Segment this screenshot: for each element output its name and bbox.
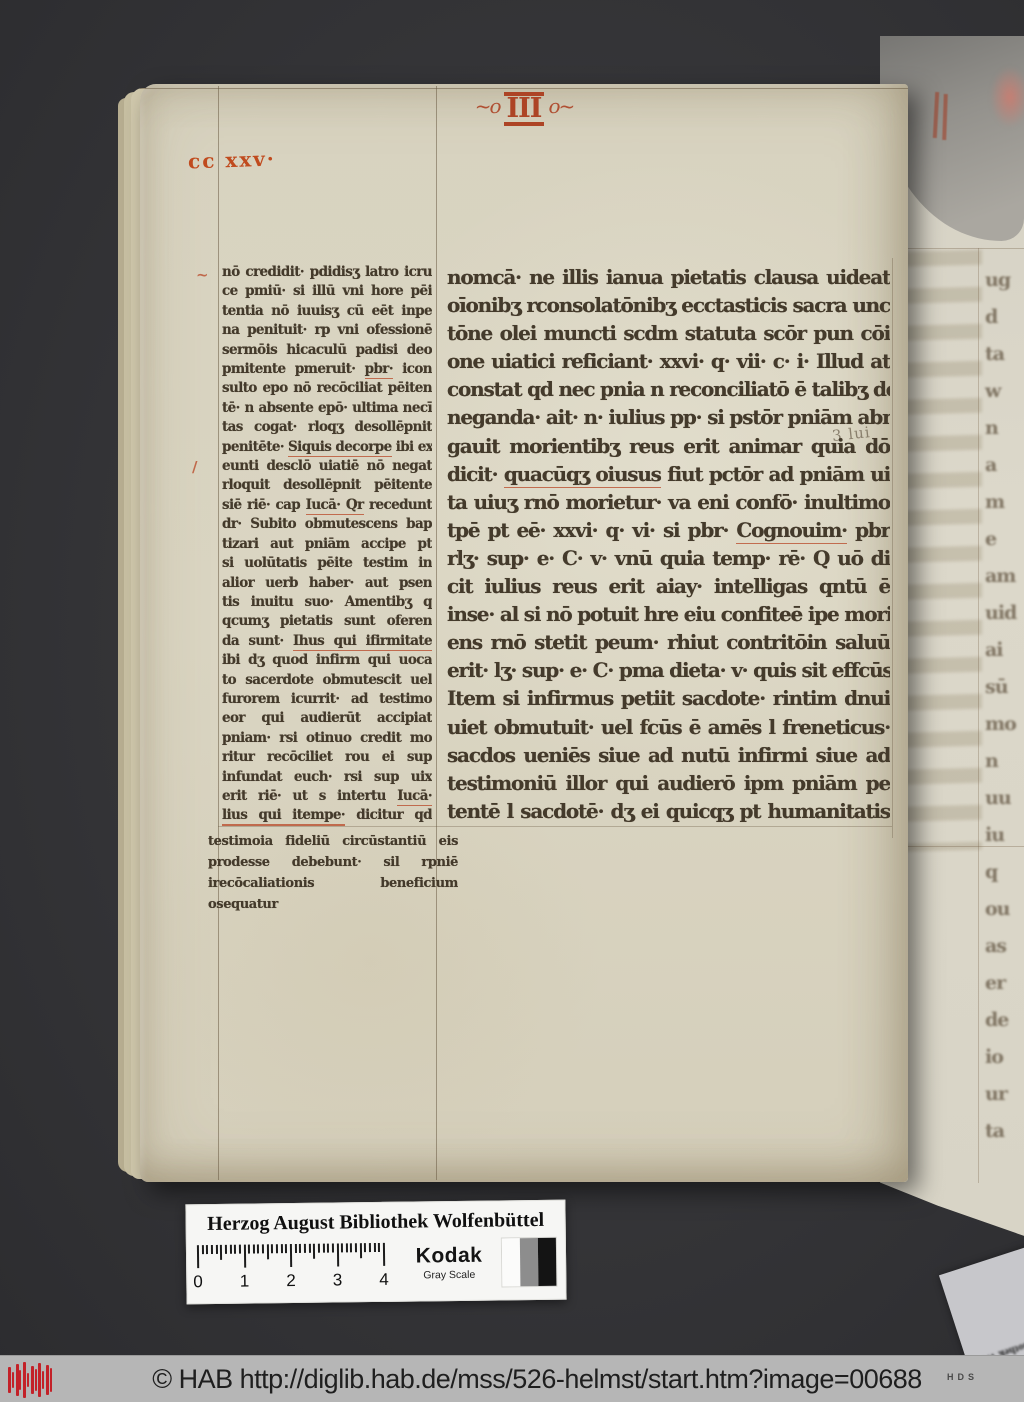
manuscript-line: tentē l sacdotē· dʒ ei quicqʒ pt humanit… xyxy=(447,797,890,825)
manuscript-line: erit riē· ut s intertu Iucā· xyxy=(222,787,432,806)
manuscript-line: tis inuitu suo· Amentibʒ q xyxy=(222,593,432,612)
rubricated-text: pbr· xyxy=(365,361,393,379)
manuscript-line: sacdos ueniēs siue ad nutū infirmi siue … xyxy=(447,741,890,769)
photo-canvas: { "photo": { "background_color": "#34343… xyxy=(0,0,1024,1402)
ruler-tick xyxy=(290,1244,292,1267)
manuscript-line: constat qd nec pnia n reconciliatō ē tal… xyxy=(447,375,890,403)
quire-flourish-right: o~ xyxy=(548,94,573,118)
rubricated-text: quacūqʒ oiusus xyxy=(504,462,661,488)
gray-patch-black xyxy=(538,1238,557,1286)
barcode-bar xyxy=(50,1368,52,1392)
ruled-line-gutter xyxy=(436,86,437,1180)
manuscript-line: ritur recōciliet rou ei sup xyxy=(222,748,432,767)
ruler-tick xyxy=(374,1243,376,1252)
manuscript-line: pniam· rsi otinuo credit mo xyxy=(222,729,432,748)
ruler-tick xyxy=(281,1244,283,1253)
rubricated-text: Cognouim· xyxy=(736,518,847,544)
manuscript-line: penitēte· Siquis decorpe ibi ex xyxy=(222,438,432,457)
rubric-mark-icon: ~ xyxy=(196,266,209,284)
ruled-line-right-margin xyxy=(892,258,893,838)
manuscript-line: tōne olei muncti scdm statuta scōr pun c… xyxy=(447,319,890,347)
ruler-tick xyxy=(225,1245,227,1254)
ruler-tick xyxy=(341,1243,343,1252)
left-column: nō credidit· pdidisʒ latro icruce pmiū· … xyxy=(222,263,432,826)
footer-strip: © HAB http://diglib.hab.de/mss/526-helms… xyxy=(0,1355,1024,1402)
kodak-gray-scale: Kodak Gray Scale xyxy=(401,1244,497,1282)
barcode-bar xyxy=(35,1369,37,1391)
ruler-tick xyxy=(239,1245,241,1254)
gray-patch-gray xyxy=(520,1238,539,1286)
barcode-bar xyxy=(27,1373,29,1387)
ruler-tick xyxy=(295,1244,297,1253)
ruled-line-bottom-frame xyxy=(218,826,892,827)
ruler-tick xyxy=(220,1245,222,1260)
ruler-tick xyxy=(262,1244,264,1253)
manuscript-line: dr· Subito obmutescens bap xyxy=(222,515,432,534)
barcode-bar xyxy=(46,1365,49,1395)
manuscript-line: rloquit desollēpnit pēitente xyxy=(222,476,432,495)
manuscript-line: rlʒ· sup· e· C· v· vnū quia temp· rē· Q … xyxy=(447,544,890,572)
facing-page-fragment: e xyxy=(985,521,1024,558)
quire-flourish-left: ~o xyxy=(475,94,500,118)
ruler-ticks xyxy=(197,1243,387,1269)
gray-patch-white xyxy=(502,1238,521,1286)
manuscript-line: tē· n absente epō· ultima necī xyxy=(222,399,432,418)
ruler-number: 1 xyxy=(240,1272,250,1292)
quire-numeral: III xyxy=(504,92,545,126)
facing-page-fragment: m xyxy=(985,484,1024,521)
ruler-tick xyxy=(369,1243,371,1252)
facing-page-fragment: w xyxy=(985,373,1024,410)
barcode-bar xyxy=(8,1367,11,1393)
rubricated-text: lius qui itempe· xyxy=(222,807,345,825)
corner-code: HDS xyxy=(947,1372,978,1382)
ruler-tick xyxy=(211,1245,213,1254)
facing-page-fragment: iu xyxy=(985,817,1024,854)
ruler-tick xyxy=(355,1243,357,1252)
kodak-wordmark: Kodak xyxy=(401,1244,497,1269)
manuscript-line: uiet obmutuit· uel fcūs ē amēs l freneti… xyxy=(447,713,890,741)
manuscript-line: irecōcaliationis beneficium xyxy=(208,873,458,894)
facing-page-fragment: ai xyxy=(985,632,1024,669)
ruler-tick xyxy=(364,1243,366,1252)
ruler-tick xyxy=(304,1244,306,1253)
manuscript-line: tizari aut pniām accipe pt xyxy=(222,535,432,554)
ruler-number: 3 xyxy=(333,1270,343,1290)
manuscript-line: si uolūtatis pēite testim in xyxy=(222,554,432,573)
manuscript-line: furorem icurrit· ad testimo xyxy=(222,690,432,709)
manuscript-line: oīonibʒ rconsolatōnibʒ ecctasticis sacra… xyxy=(447,291,890,319)
ruler-tick xyxy=(285,1244,287,1253)
ruler-tick xyxy=(318,1244,320,1253)
manuscript-line: osequatur xyxy=(208,894,458,915)
facing-page-fragment: uid xyxy=(985,595,1024,632)
rubricated-text: Iucā· xyxy=(397,788,432,806)
manuscript-line: testimoniū illor qui audierō ipm pniām p… xyxy=(447,769,890,797)
facing-page-fragment: am xyxy=(985,558,1024,595)
barcode-bar xyxy=(31,1366,34,1394)
ruler-tick xyxy=(197,1245,199,1268)
manuscript-line: one uiatici reficiant· xxvi· q· vii· c· … xyxy=(447,347,890,375)
ruler-tick xyxy=(257,1244,259,1253)
folio-number: cc xxv· xyxy=(188,146,277,173)
rubric-mark-icon: / xyxy=(192,458,197,476)
facing-page-fragment: n xyxy=(985,410,1024,447)
quire-mark: ~oIIIo~ xyxy=(140,92,908,126)
ruler-tick xyxy=(276,1244,278,1253)
facing-page-fragment: as xyxy=(985,928,1024,965)
facing-page-fragment: d xyxy=(985,299,1024,336)
manuscript-line: dicit· quacūqʒ oiusus fiut pctōr ad pniā… xyxy=(447,460,890,488)
ruled-line-top xyxy=(140,88,908,89)
manuscript-line: tentia nō iuuisʒ cū eēt inpe xyxy=(222,302,432,321)
ruler-tick xyxy=(206,1245,208,1254)
manuscript-line: na penituit· rp vni ofessionē xyxy=(222,321,432,340)
facing-page-fragment: er xyxy=(985,965,1024,1002)
ruler-tick xyxy=(313,1244,315,1259)
manuscript-line: nō credidit· pdidisʒ latro icru xyxy=(222,263,432,282)
facing-page-red-mark xyxy=(942,94,948,140)
manuscript-line: siē riē· cap Iucā· Qr recedunt xyxy=(222,496,432,515)
barcode-bar xyxy=(12,1372,14,1388)
rubricated-text: Siquis decorpe xyxy=(288,439,392,457)
manuscript-line: gauit morientibʒ reus erit animar quia d… xyxy=(447,432,890,460)
ruler-tick xyxy=(327,1244,329,1253)
facing-page-fragment: mo xyxy=(985,706,1024,743)
ruler-tick xyxy=(248,1245,250,1254)
manuscript-line: ta uiuʒ rnō morietur· va eni confō· inul… xyxy=(447,488,890,516)
manuscript-line: sermōis hicaculū padisi deo xyxy=(222,341,432,360)
facing-page-fragment: ou xyxy=(985,891,1024,928)
rubricated-text: Ihus qui ifirmitate xyxy=(293,633,432,651)
ruler-tick xyxy=(234,1245,236,1254)
manuscript-line: inse· al si nō potuit hre eiu confiteē i… xyxy=(447,600,890,628)
ruler-tick xyxy=(299,1244,301,1253)
facing-page-fragment: ta xyxy=(985,1113,1024,1150)
barcode-bar xyxy=(16,1364,19,1396)
copyright-line: © HAB http://diglib.hab.de/mss/526-helms… xyxy=(90,1364,984,1395)
manuscript-line: tpē pt eē· xxvi· q· vi· si pbr· Cognouim… xyxy=(447,516,890,544)
ruled-line-left-margin xyxy=(218,86,219,1180)
facing-page-fragment: ta xyxy=(985,336,1024,373)
manuscript-line: qcumʒ pietatis sunt oferen xyxy=(222,612,432,631)
manuscript-line: prodesse debebunt· sil rpniē xyxy=(208,852,458,873)
left-column-extra: testimoia fideliū circūstantiū eisprodes… xyxy=(208,831,458,915)
library-label: Herzog August Bibliothek Wolfenbüttel 01… xyxy=(185,1200,566,1305)
ruler-tick xyxy=(346,1243,348,1252)
barcode-mark-icon xyxy=(8,1360,58,1400)
manuscript-line: sulto epo nō recōciliat pēiten xyxy=(222,379,432,398)
gray-scale-caption: Gray Scale xyxy=(401,1269,497,1282)
facing-page-text-fragments: ugdtawnameamuidaisūmonuuiuqouaserdeiourt… xyxy=(985,262,1024,1150)
facing-page-fragment: a xyxy=(985,447,1024,484)
facing-page-fragment: ug xyxy=(985,262,1024,299)
barcode-bar xyxy=(38,1363,41,1397)
facing-page-pink-smudge xyxy=(990,66,1024,128)
ruler-tick xyxy=(243,1245,245,1268)
ruler-tick xyxy=(332,1244,334,1253)
facing-page-red-mark xyxy=(933,92,939,138)
manuscript-line: eor qui audierūt accipiat xyxy=(222,709,432,728)
rubricated-text: Iucā· Qr xyxy=(306,497,364,515)
manuscript-page: cc xxv· ~oIIIo~ ~ / 3 lui nō credidit· p… xyxy=(140,84,908,1182)
manuscript-line: erit· lʒ· sup· e· C· pma dieta· v· quis … xyxy=(447,656,890,684)
manuscript-line: to sacerdote obmutescit uel xyxy=(222,671,432,690)
ruler-number: 2 xyxy=(286,1271,296,1291)
manuscript-line: ibi dʒ quod infirm qui uoca xyxy=(222,651,432,670)
barcode-bar xyxy=(42,1371,44,1389)
facing-page-fragment: uu xyxy=(985,780,1024,817)
manuscript-line: tas cogat· rloqʒ desollēpnit xyxy=(222,418,432,437)
library-label-title: Herzog August Bibliothek Wolfenbüttel xyxy=(187,1209,565,1237)
manuscript-line: nomcā· ne illis ianua pietatis clausa ui… xyxy=(447,263,890,291)
barcode-bar xyxy=(19,1370,21,1390)
ruler-tick xyxy=(383,1243,385,1266)
ruler-tick xyxy=(360,1243,362,1258)
manuscript-line: cit iulius reus erit aiay· intelligas qn… xyxy=(447,572,890,600)
manuscript-line: neganda· ait· n· iulius pp· si pstōr pni… xyxy=(447,403,890,431)
ruler-tick xyxy=(229,1245,231,1254)
ruler-tick xyxy=(215,1245,217,1254)
gray-scale-patch xyxy=(501,1237,558,1288)
ruler-tick xyxy=(336,1243,338,1266)
facing-page-fragment: sū xyxy=(985,669,1024,706)
barcode-bar xyxy=(23,1362,26,1398)
ruler-number: 0 xyxy=(193,1272,203,1292)
facing-page-fragment: io xyxy=(985,1039,1024,1076)
manuscript-line: ce pmiū· si illū vni hore pēi xyxy=(222,282,432,301)
facing-page-fragment: de xyxy=(985,1002,1024,1039)
ruler-tick xyxy=(271,1244,273,1253)
ruler-tick xyxy=(378,1243,380,1252)
ruler-number: 4 xyxy=(379,1270,389,1290)
ruler-tick xyxy=(267,1244,269,1259)
ruler-tick xyxy=(322,1244,324,1253)
manuscript-line: lius qui itempe· dicitur qd xyxy=(222,806,432,825)
manuscript-line: eunti desclō uiatiē nō negat xyxy=(222,457,432,476)
manuscript-line: da sunt· Ihus qui ifirmitate xyxy=(222,632,432,651)
facing-page-fragment: q xyxy=(985,854,1024,891)
facing-page-fragment: n xyxy=(985,743,1024,780)
manuscript-line: pmitente pmeruit· pbr· icon xyxy=(222,360,432,379)
ruler-scale: 01234 xyxy=(197,1243,398,1299)
manuscript-line: Item si infirmus petiit sacdote· rintim … xyxy=(447,684,890,712)
ruler-tick xyxy=(308,1244,310,1253)
manuscript-line: testimoia fideliū circūstantiū eis xyxy=(208,831,458,852)
facing-page-fragment: ur xyxy=(985,1076,1024,1113)
facing-page-ruled-line xyxy=(978,248,979,1183)
manuscript-line: ens rnō stetit peum· rhiut contritōin sa… xyxy=(447,628,890,656)
ruler-tick xyxy=(253,1244,255,1253)
right-column: nomcā· ne illis ianua pietatis clausa ui… xyxy=(447,263,890,825)
ruler-tick xyxy=(350,1243,352,1252)
ruler-numbers: 01234 xyxy=(197,1270,387,1292)
ruler-tick xyxy=(202,1245,204,1254)
manuscript-line: alior uerb haber· aut psen xyxy=(222,574,432,593)
manuscript-line: infundat euch· rsi sup uix xyxy=(222,768,432,787)
